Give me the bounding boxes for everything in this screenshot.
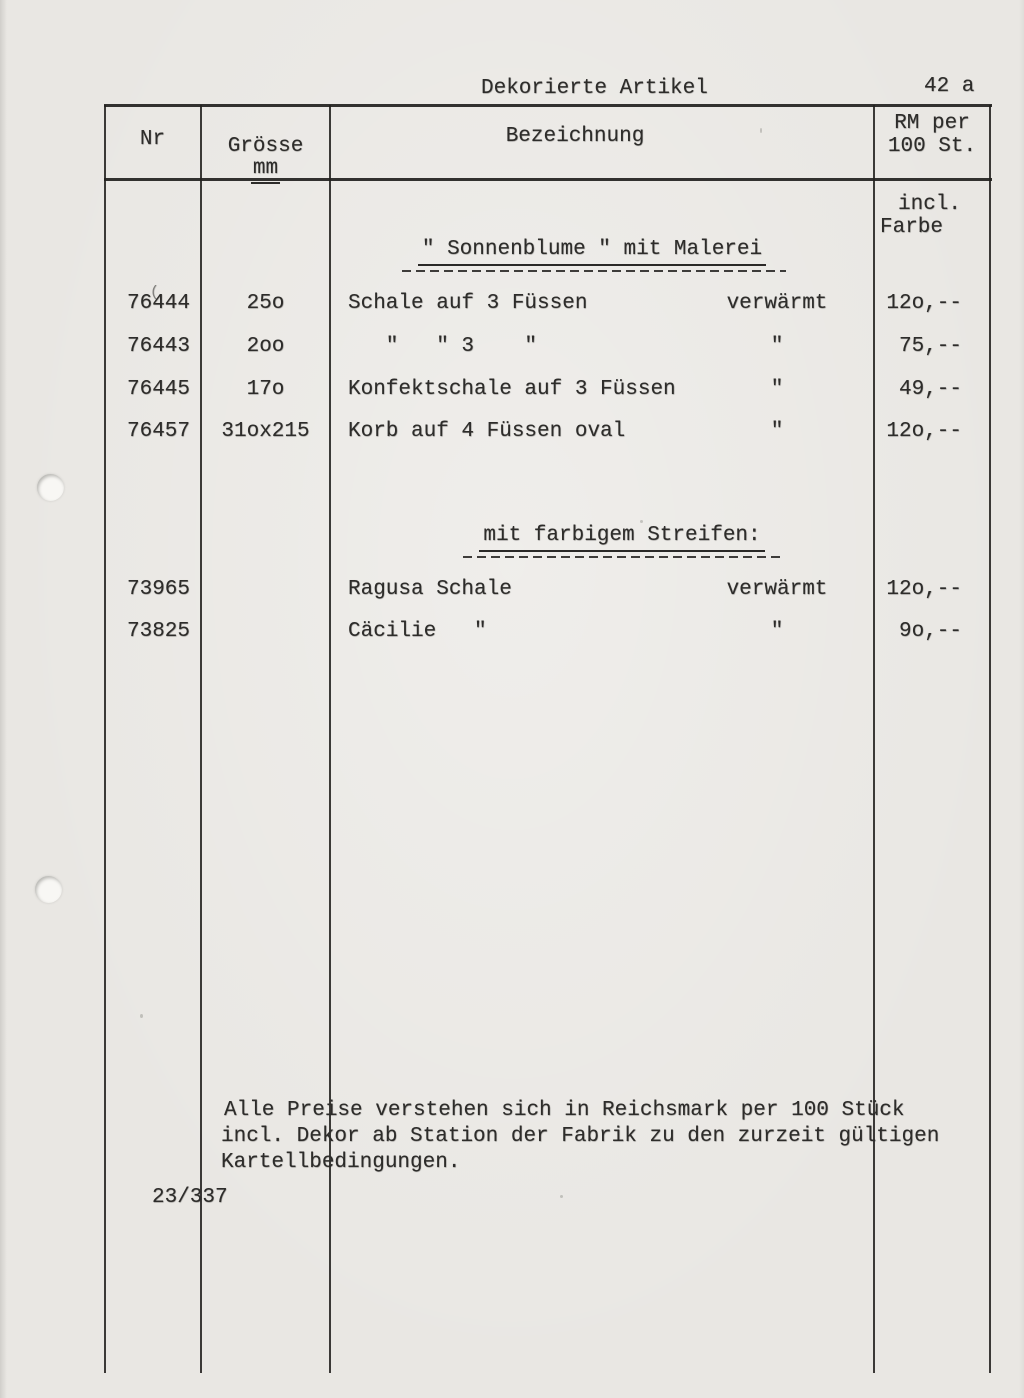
footer-note-line3: Kartellbedingungen. bbox=[221, 1151, 460, 1175]
paper-speck bbox=[640, 520, 643, 523]
cell-price: 12o,-- bbox=[874, 578, 990, 602]
cell-name: Konfektschale auf 3 Füssen bbox=[348, 378, 676, 402]
column-header-size: Grösse bbox=[201, 135, 330, 159]
table-row: 76445 17o Konfektschale auf 3 Füssen " 4… bbox=[0, 378, 1024, 402]
cell-name: Cäcilie " bbox=[348, 620, 487, 644]
page-number: 42 a bbox=[924, 75, 974, 99]
paper-speck bbox=[140, 1014, 143, 1018]
column-header-size-unit: mm bbox=[201, 157, 330, 184]
scanned-price-list-page: Dekorierte Artikel 42 a Nr Grösse mm Bez… bbox=[0, 0, 1024, 1398]
price-note-line1: incl. bbox=[898, 193, 961, 217]
table-row: 73965 Ragusa Schale verwärmt 12o,-- bbox=[0, 578, 1024, 602]
footer-note-line2: incl. Dekor ab Station der Fabrik zu den… bbox=[221, 1125, 939, 1149]
cell-name: Schale auf 3 Füssen bbox=[348, 292, 587, 316]
cell-price: 49,-- bbox=[874, 378, 990, 402]
cell-price: 75,-- bbox=[874, 335, 990, 359]
table-row: 76443 2oo " " 3 " " 75,-- bbox=[0, 335, 1024, 359]
cell-note: " bbox=[690, 620, 864, 644]
cell-size: 17o bbox=[201, 378, 330, 402]
price-note-line2: Farbe bbox=[880, 216, 943, 240]
cell-note: verwärmt bbox=[690, 578, 864, 602]
cell-size: 2oo bbox=[201, 335, 330, 359]
footer-reference-number: 23/337 bbox=[152, 1186, 228, 1210]
cell-note: " bbox=[690, 378, 864, 402]
cell-name: " " 3 " bbox=[348, 335, 537, 359]
column-header-price-line2: 100 St. bbox=[874, 135, 990, 159]
cell-nr: 76445 bbox=[104, 378, 201, 402]
cell-nr: 76457 bbox=[104, 420, 201, 444]
table-row: 76457 31ox215 Korb auf 4 Füssen oval " 1… bbox=[0, 420, 1024, 444]
cell-price: 9o,-- bbox=[874, 620, 990, 644]
cell-note: " bbox=[690, 335, 864, 359]
table-row: 73825 Cäcilie " " 9o,-- bbox=[0, 620, 1024, 644]
column-header-price-line1: RM per bbox=[874, 112, 990, 136]
cell-note: verwärmt bbox=[690, 292, 864, 316]
cell-nr: 76443 bbox=[104, 335, 201, 359]
hole-punch-bottom bbox=[35, 876, 62, 903]
page-title: Dekorierte Artikel bbox=[481, 77, 708, 101]
table-top-rule bbox=[104, 104, 992, 107]
column-header-description: Bezeichnung bbox=[330, 125, 820, 149]
column-header-nr: Nr bbox=[104, 128, 201, 152]
section-heading-sonnenblume: " Sonnenblume " mit Malerei bbox=[330, 238, 854, 272]
cell-price: 12o,-- bbox=[874, 420, 990, 444]
cell-note: " bbox=[690, 420, 864, 444]
section-heading-streifen: mit farbigem Streifen: bbox=[360, 524, 884, 558]
cell-nr: 73825 bbox=[104, 620, 201, 644]
cell-price: 12o,-- bbox=[874, 292, 990, 316]
cell-name: Ragusa Schale bbox=[348, 578, 512, 602]
paper-speck bbox=[760, 128, 762, 133]
hole-punch-top bbox=[37, 474, 64, 501]
table-row: 76444 25o Schale auf 3 Füssen verwärmt 1… bbox=[0, 292, 1024, 316]
cell-name: Korb auf 4 Füssen oval bbox=[348, 420, 625, 444]
paper-speck bbox=[560, 1195, 563, 1198]
cell-size: 31ox215 bbox=[201, 420, 330, 444]
cell-size: 25o bbox=[201, 292, 330, 316]
footer-note-line1: Alle Preise verstehen sich in Reichsmark… bbox=[224, 1099, 905, 1123]
cell-nr: 76444 bbox=[104, 292, 201, 316]
cell-nr: 73965 bbox=[104, 578, 201, 602]
